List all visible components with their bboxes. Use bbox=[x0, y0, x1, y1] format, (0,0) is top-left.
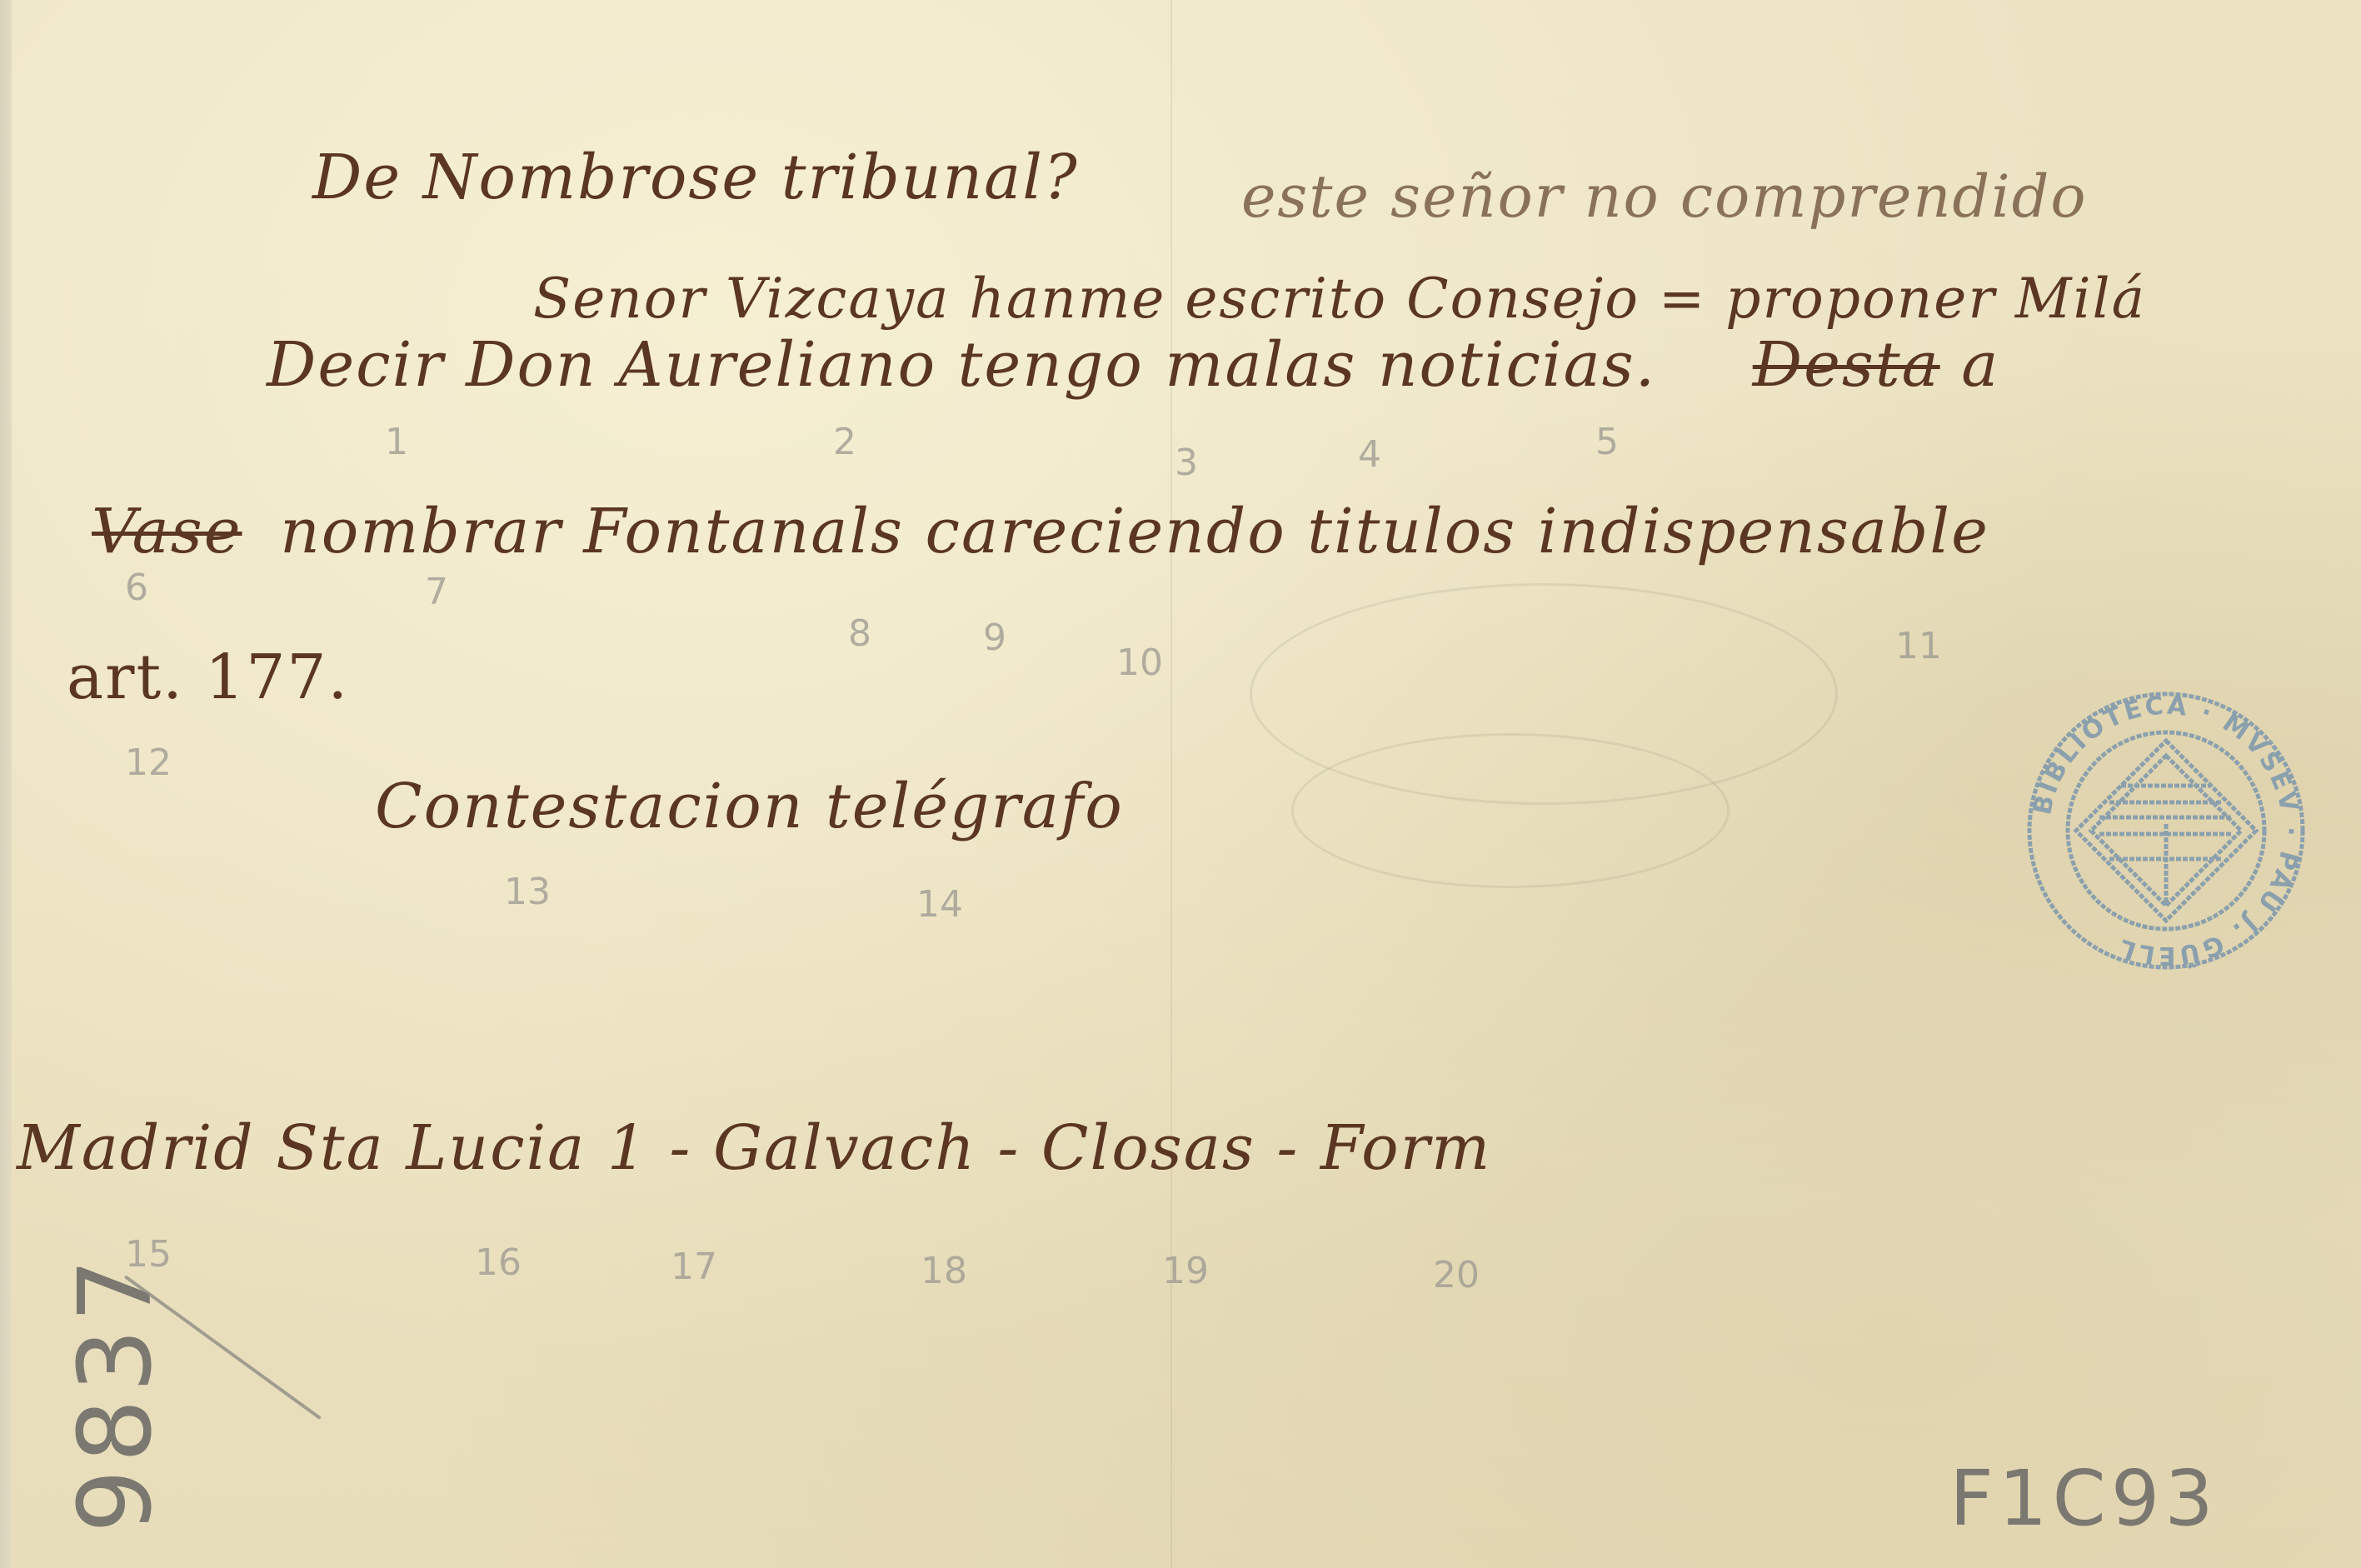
pencil-word-number: 16 bbox=[475, 1241, 522, 1284]
pencil-word-number: 14 bbox=[916, 883, 963, 926]
pencil-word-number: 12 bbox=[125, 742, 172, 784]
line-3-text: Decir Don Aureliano tengo malas noticias… bbox=[267, 329, 1656, 401]
line-2-text: Senor Vizcaya hanme escrito Consejo = pr… bbox=[533, 267, 2146, 331]
shelfmark: F1C93 bbox=[1949, 1454, 2219, 1543]
pencil-word-number: 2 bbox=[833, 421, 856, 463]
pencil-word-number: 8 bbox=[848, 612, 871, 655]
pencil-word-number: 17 bbox=[671, 1246, 717, 1288]
line-3-end: a bbox=[1961, 329, 1999, 401]
pencil-word-number: 1 bbox=[385, 421, 408, 463]
pencil-word-number: 3 bbox=[1175, 442, 1198, 484]
pencil-word-number: 4 bbox=[1358, 433, 1381, 476]
line-5-article: art. 177. bbox=[67, 642, 349, 713]
paper-edge bbox=[0, 0, 12, 1568]
pencil-word-number: 9 bbox=[983, 617, 1006, 659]
line-6: Contestacion telégrafo bbox=[375, 771, 1124, 842]
show-through-mark bbox=[1291, 733, 1730, 888]
stamp-seal-icon: BIBLIOTECA · MVSEV · PAU J. GÜELL bbox=[2023, 687, 2309, 974]
pencil-word-number: 18 bbox=[921, 1250, 967, 1292]
line-4-struck-word: Vase bbox=[92, 496, 242, 567]
line-1-main: De Nombrose tribunal? bbox=[312, 142, 1079, 213]
pencil-word-number: 20 bbox=[1433, 1254, 1480, 1296]
accession-number: 9837 bbox=[58, 1252, 174, 1533]
pencil-word-number: 7 bbox=[425, 571, 448, 613]
pencil-word-number: 11 bbox=[1895, 625, 1942, 667]
line-3: Decir Don Aureliano tengo malas noticias… bbox=[267, 329, 1999, 401]
line-1-addendum: este señor no comprendido bbox=[1241, 162, 2088, 231]
pencil-word-number: 6 bbox=[125, 567, 148, 609]
pencil-word-number: 19 bbox=[1162, 1250, 1209, 1292]
library-stamp: BIBLIOTECA · MVSEV · PAU J. GÜELL bbox=[2023, 687, 2309, 974]
document-page: De Nombrose tribunal? este señor no comp… bbox=[0, 0, 2361, 1568]
line-7-address: Madrid Sta Lucia 1 - Galvach - Closas - … bbox=[17, 1112, 1491, 1184]
line-2-interlinear: Senor Vizcaya hanme escrito Consejo = pr… bbox=[533, 267, 2146, 331]
line-4: Vase nombrar Fontanals careciendo titulo… bbox=[92, 496, 1989, 567]
line-3-struck-word: Desta bbox=[1753, 329, 1940, 401]
paper-fold-line bbox=[1171, 0, 1172, 1568]
line-4-text: nombrar Fontanals careciendo titulos ind… bbox=[280, 496, 1989, 567]
pencil-word-number: 5 bbox=[1595, 421, 1619, 463]
pencil-word-number: 13 bbox=[504, 871, 551, 913]
pencil-word-number: 10 bbox=[1116, 642, 1163, 684]
